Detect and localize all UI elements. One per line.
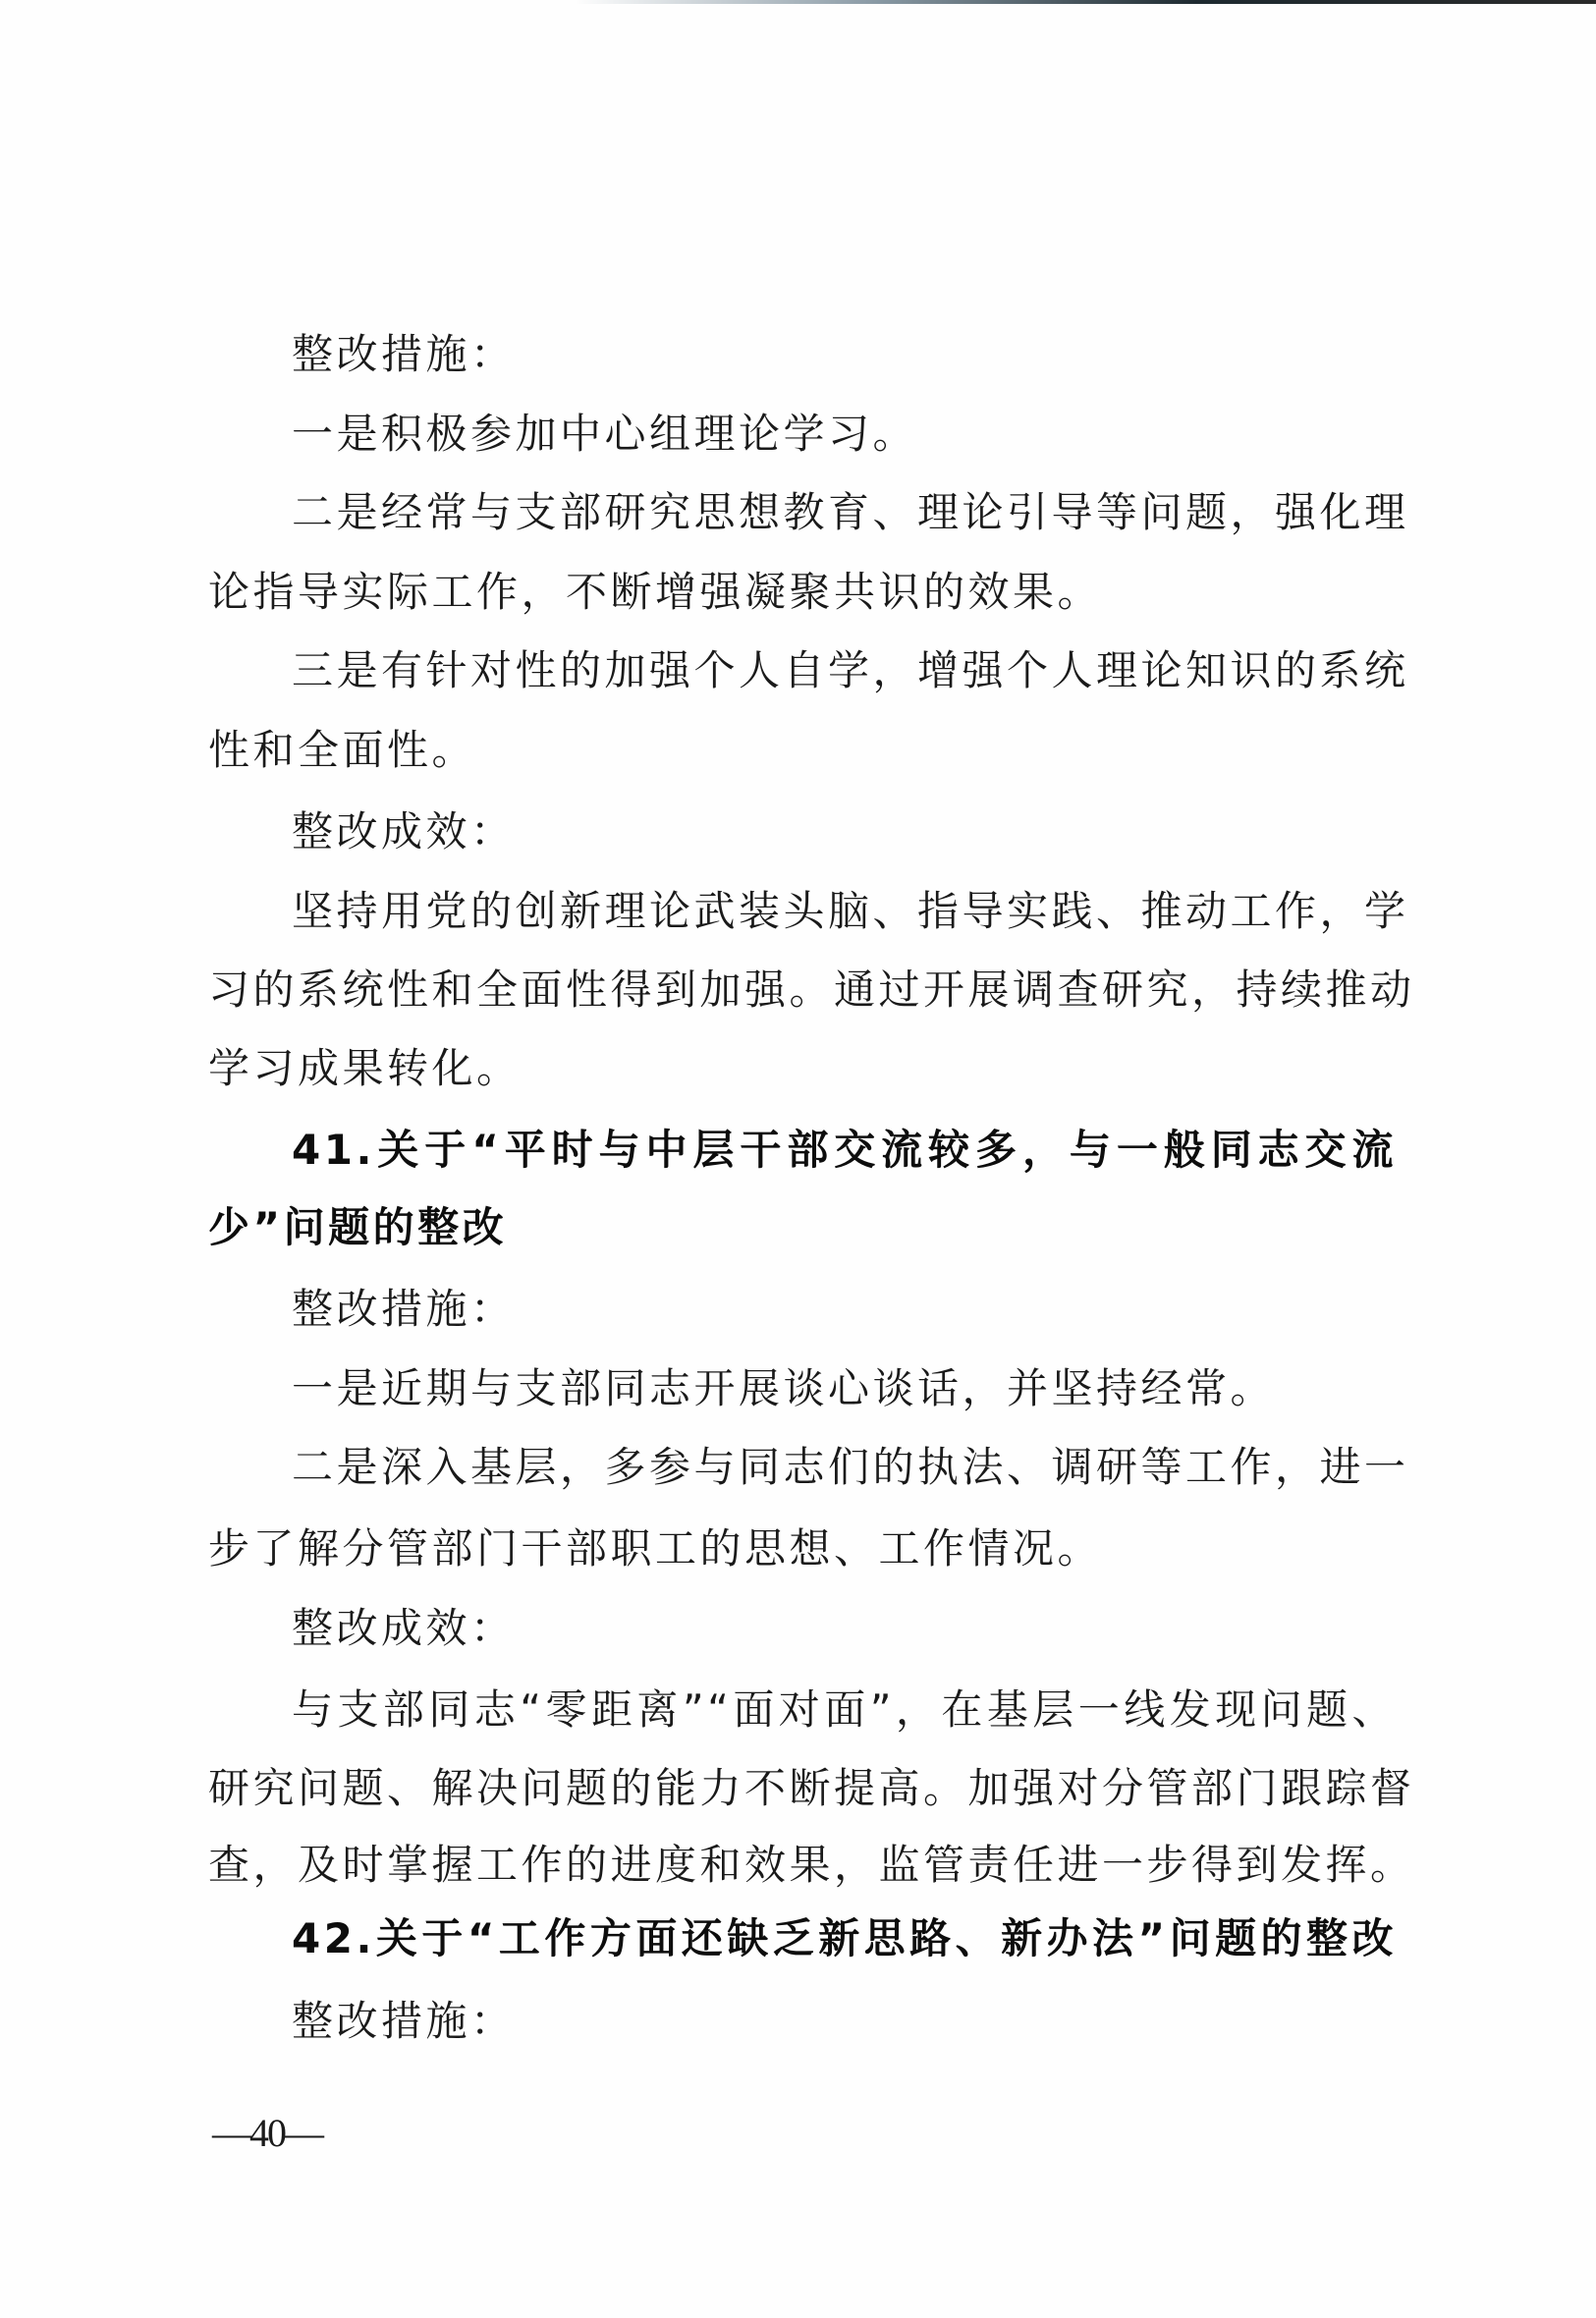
paragraph-line: 步了解分管部门干部职工的思想、工作情况。 [208, 1519, 1397, 1578]
paragraph-line: 论指导实际工作，不断增强凝聚共识的效果。 [208, 563, 1397, 622]
measures-label: 整改措施： [292, 325, 1397, 384]
paragraph-line: 一是近期与支部同志开展谈心谈话，并坚持经常。 [292, 1359, 1397, 1418]
paragraph-line: 研究问题、解决问题的能力不断提高。加强对分管部门跟踪督 [208, 1759, 1397, 1818]
paragraph-line: 二是经常与支部研究思想教育、理论引导等问题，强化理 [292, 483, 1397, 542]
measures-label: 整改措施： [292, 1280, 1397, 1339]
paragraph-line: 习的系统性和全面性得到加强。通过开展调查研究，持续推动 [208, 961, 1397, 1020]
paragraph-line: 学习成果转化。 [208, 1039, 1397, 1098]
paragraph-line: 查，及时掌握工作的进度和效果，监管责任进一步得到发挥。 [208, 1836, 1397, 1895]
scan-edge-shadow [0, 0, 1596, 4]
measures-label: 整改措施： [292, 1992, 1397, 2051]
results-label: 整改成效： [292, 1599, 1397, 1658]
paragraph-line: 性和全面性。 [208, 721, 1397, 780]
paragraph-line: 坚持用党的创新理论武装头脑、指导实践、推动工作，学 [292, 882, 1397, 941]
results-label: 整改成效： [292, 802, 1397, 861]
paragraph-line: 二是深入基层，多参与同志们的执法、调研等工作，进一 [292, 1438, 1397, 1497]
paragraph-line: 三是有针对性的加强个人自学，增强个人理论知识的系统 [292, 641, 1397, 700]
section-heading-41-cont: 少”问题的整改 [208, 1198, 1397, 1257]
section-heading-41: 41.关于“平时与中层干部交流较多，与一般同志交流 [292, 1121, 1397, 1180]
paragraph-line: 与支部同志“零距离”“面对面”，在基层一线发现问题、 [292, 1681, 1397, 1739]
paragraph-line: 一是积极参加中心组理论学习。 [292, 405, 1397, 464]
section-heading-42: 42.关于“工作方面还缺乏新思路、新办法”问题的整改 [292, 1909, 1397, 1968]
document-page: 整改措施： 一是积极参加中心组理论学习。 二是经常与支部研究思想教育、理论引导等… [0, 0, 1596, 2318]
page-number: —40— [212, 2112, 322, 2155]
